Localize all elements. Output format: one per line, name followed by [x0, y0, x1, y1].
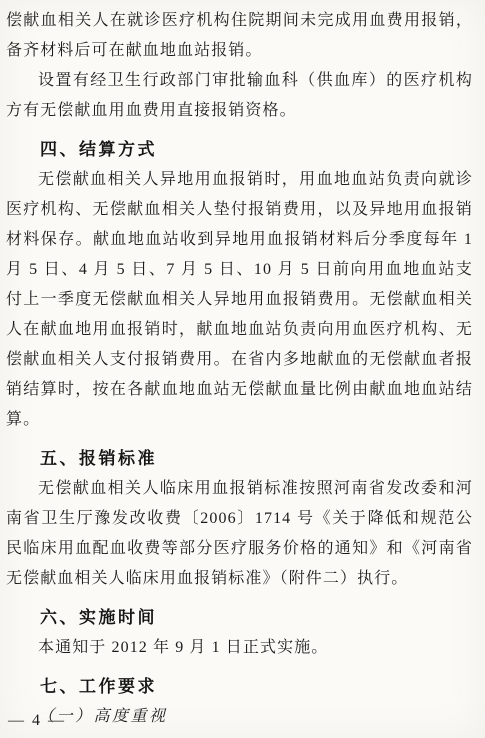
paragraph-reimbursement-standard-detail: 无偿献血相关人临床用血报销标准按照河南省发改委和河南省卫生厅豫发改收费〔2006… — [6, 474, 473, 594]
sub-item-1-high-attention: （一）高度重视 — [6, 702, 473, 732]
document-page: 偿献血相关人在就诊医疗机构住院期间未完成用血费用报销，备齐材料后可在献血地血站报… — [0, 0, 485, 738]
paragraph-implementation-date: 本通知于 2012 年 9 月 1 日正式实施。 — [6, 633, 473, 663]
heading-section-5-reimbursement-standard: 五、报销标准 — [6, 444, 473, 474]
paragraph-continuation-reimbursement: 偿献血相关人在就诊医疗机构住院期间未完成用血费用报销，备齐材料后可在献血地血站报… — [6, 6, 473, 66]
heading-section-7-work-requirements: 七、工作要求 — [6, 672, 473, 702]
paragraph-settlement-method-detail: 无偿献血相关人异地用血报销时，用血地血站负责向就诊医疗机构、无偿献血相关人垫付报… — [6, 165, 473, 435]
page-number: — 4 — — [8, 712, 66, 730]
document-body: 偿献血相关人在就诊医疗机构住院期间未完成用血费用报销，备齐材料后可在献血地血站报… — [6, 6, 473, 732]
heading-section-4-settlement-method: 四、结算方式 — [6, 135, 473, 165]
heading-section-6-implementation-time: 六、实施时间 — [6, 603, 473, 633]
paragraph-transfusion-dept-qualification: 设置有经卫生行政部门审批输血科（供血库）的医疗机构方有无偿献血用血费用直接报销资… — [6, 66, 473, 126]
